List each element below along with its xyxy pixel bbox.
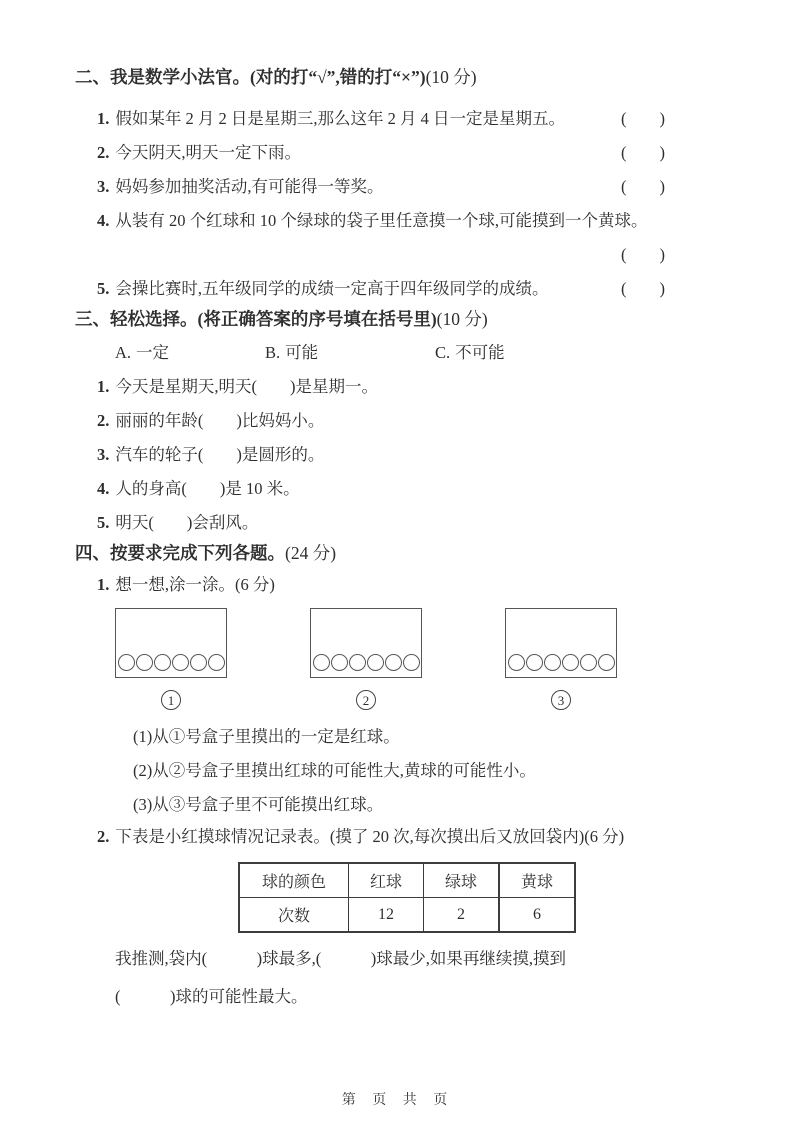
box-labels-row: 1 2 3 [115, 690, 617, 710]
option-c: C.不可能 [435, 342, 505, 364]
answer-bracket: ( ) [621, 142, 665, 164]
judge-item-2: 2. 今天阴天,明天一定下雨。 ( ) [97, 142, 708, 164]
task-1: 1. 想一想,涂一涂。(6 分) [97, 574, 708, 596]
item-number: 2. [97, 410, 109, 432]
section-choice-score: (10 分) [437, 309, 488, 329]
item-number: 1. [97, 108, 109, 130]
judge-item-4-bracket-row: ( ) [97, 244, 708, 266]
item-number: 4. [97, 478, 109, 500]
item-number: 5. [97, 278, 109, 300]
record-table-header-row: 球的颜色 红球 绿球 黄球 [239, 863, 575, 898]
judge-item-5: 5. 会操比赛时,五年级同学的成绩一定高于四年级同学的成绩。 ( ) [97, 278, 708, 300]
option-a: A.一定 [115, 342, 265, 364]
count-green: 2 [424, 898, 500, 933]
record-table-data-row: 次数 12 2 6 [239, 898, 575, 933]
page-footer: 第 页 共 页 [0, 1089, 793, 1109]
item-number: 2. [97, 826, 109, 848]
ball-row [506, 654, 616, 671]
option-a-label: A. [115, 343, 131, 362]
task-1-subitem-2: (2)从②号盒子里摸出红球的可能性大,黄球的可能性小。 [133, 760, 708, 782]
answer-bracket: ( ) [621, 176, 665, 198]
ball-circle [367, 654, 384, 671]
circled-number-1: 1 [161, 690, 181, 710]
ball-circle [190, 654, 207, 671]
item-number: 1. [97, 574, 109, 596]
ball-row [116, 654, 226, 671]
item-number: 5. [97, 512, 109, 534]
count-red: 12 [349, 898, 424, 933]
section-judge-title: 二、我是数学小法官。(对的打“√”,错的打“×”)(10 分) [75, 66, 708, 88]
task-1-subitem-3: (3)从③号盒子里不可能摸出红球。 [133, 794, 708, 816]
choice-options-row: A.一定 B.可能 C.不可能 [115, 342, 708, 364]
item-text: 假如某年 2 月 2 日是星期三,那么这年 2 月 4 日一定是星期五。 [115, 108, 565, 130]
header-ball-color: 球的颜色 [239, 863, 349, 898]
answer-bracket: ( ) [621, 278, 665, 300]
box-label-3: 3 [505, 690, 617, 710]
ball-circle [562, 654, 579, 671]
section-tasks-score: (24 分) [285, 543, 336, 563]
probability-box-1 [115, 608, 227, 678]
judge-item-1: 1. 假如某年 2 月 2 日是星期三,那么这年 2 月 4 日一定是星期五。 … [97, 108, 708, 130]
item-text: 汽车的轮子( )是圆形的。 [115, 444, 324, 466]
row-label-count: 次数 [239, 898, 349, 933]
choice-item-5: 5. 明天( )会刮风。 [97, 512, 708, 534]
choice-item-4: 4. 人的身高( )是 10 米。 [97, 478, 708, 500]
item-text: 会操比赛时,五年级同学的成绩一定高于四年级同学的成绩。 [115, 278, 548, 300]
ball-circle [544, 654, 561, 671]
option-b-label: B. [265, 343, 280, 362]
circled-number-2: 2 [356, 690, 376, 710]
ball-circle [118, 654, 135, 671]
item-text: 下表是小红摸球情况记录表。(摸了 20 次,每次摸出后又放回袋内)(6 分) [115, 826, 624, 848]
box-label-2: 2 [310, 690, 422, 710]
probability-box-3 [505, 608, 617, 678]
probability-boxes [115, 608, 617, 678]
section-tasks-title-text: 四、按要求完成下列各题。 [75, 543, 285, 563]
item-text: 丽丽的年龄( )比妈妈小。 [115, 410, 324, 432]
option-c-label: C. [435, 343, 450, 362]
section-judge-score: (10 分) [426, 67, 477, 87]
answer-bracket: ( ) [621, 108, 665, 130]
item-number: 1. [97, 376, 109, 398]
option-a-text: 一定 [136, 343, 169, 362]
header-green-ball: 绿球 [424, 863, 500, 898]
header-yellow-ball: 黄球 [499, 863, 575, 898]
option-b: B.可能 [265, 342, 435, 364]
item-text: 妈妈参加抽奖活动,有可能得一等奖。 [115, 176, 383, 198]
ball-circle [508, 654, 525, 671]
count-yellow: 6 [499, 898, 575, 933]
item-text: 从装有 20 个红球和 10 个绿球的袋子里任意摸一个球,可能摸到一个黄球。 [115, 210, 647, 232]
choice-item-1: 1. 今天是星期天,明天( )是星期一。 [97, 376, 708, 398]
ball-circle [403, 654, 420, 671]
ball-circle [331, 654, 348, 671]
ball-circle [154, 654, 171, 671]
circled-number-3: 3 [551, 690, 571, 710]
option-b-text: 可能 [285, 343, 318, 362]
answer-bracket: ( ) [621, 244, 665, 266]
ball-circle [313, 654, 330, 671]
ball-row [311, 654, 421, 671]
task-1-subitem-1: (1)从①号盒子里摸出的一定是红球。 [133, 726, 708, 748]
task-2: 2. 下表是小红摸球情况记录表。(摸了 20 次,每次摸出后又放回袋内)(6 分… [97, 826, 708, 848]
item-number: 3. [97, 176, 109, 198]
ball-circle [385, 654, 402, 671]
item-text: 今天阴天,明天一定下雨。 [115, 142, 301, 164]
item-number: 4. [97, 210, 109, 232]
probability-box-2 [310, 608, 422, 678]
worksheet-page: 二、我是数学小法官。(对的打“√”,错的打“×”)(10 分) 1. 假如某年 … [0, 0, 793, 1122]
choice-item-3: 3. 汽车的轮子( )是圆形的。 [97, 444, 708, 466]
item-text: 明天( )会刮风。 [115, 512, 258, 534]
section-tasks-title: 四、按要求完成下列各题。(24 分) [75, 542, 708, 564]
ball-circle [349, 654, 366, 671]
ball-circle [580, 654, 597, 671]
item-number: 3. [97, 444, 109, 466]
task-2-fill-line-1: 我推测,袋内( )球最多,( )球最少,如果再继续摸,摸到 [115, 948, 708, 970]
ball-circle [136, 654, 153, 671]
judge-item-4: 4. 从装有 20 个红球和 10 个绿球的袋子里任意摸一个球,可能摸到一个黄球… [97, 210, 708, 232]
item-text: 今天是星期天,明天( )是星期一。 [115, 376, 378, 398]
item-number: 2. [97, 142, 109, 164]
box-label-1: 1 [115, 690, 227, 710]
header-red-ball: 红球 [349, 863, 424, 898]
section-judge-title-text: 二、我是数学小法官。(对的打“√”,错的打“×”) [75, 67, 426, 87]
section-choice-title: 三、轻松选择。(将正确答案的序号填在括号里)(10 分) [75, 308, 708, 330]
option-c-text: 不可能 [455, 343, 505, 362]
ball-circle [598, 654, 615, 671]
ball-circle [208, 654, 225, 671]
judge-item-3: 3. 妈妈参加抽奖活动,有可能得一等奖。 ( ) [97, 176, 708, 198]
item-text: 人的身高( )是 10 米。 [115, 478, 299, 500]
ball-circle [172, 654, 189, 671]
record-table: 球的颜色 红球 绿球 黄球 次数 12 2 6 [238, 862, 576, 933]
task-2-fill-line-2: ( )球的可能性最大。 [115, 986, 708, 1008]
choice-item-2: 2. 丽丽的年龄( )比妈妈小。 [97, 410, 708, 432]
item-text: 想一想,涂一涂。(6 分) [115, 574, 275, 596]
section-choice-title-text: 三、轻松选择。(将正确答案的序号填在括号里) [75, 309, 437, 329]
ball-circle [526, 654, 543, 671]
